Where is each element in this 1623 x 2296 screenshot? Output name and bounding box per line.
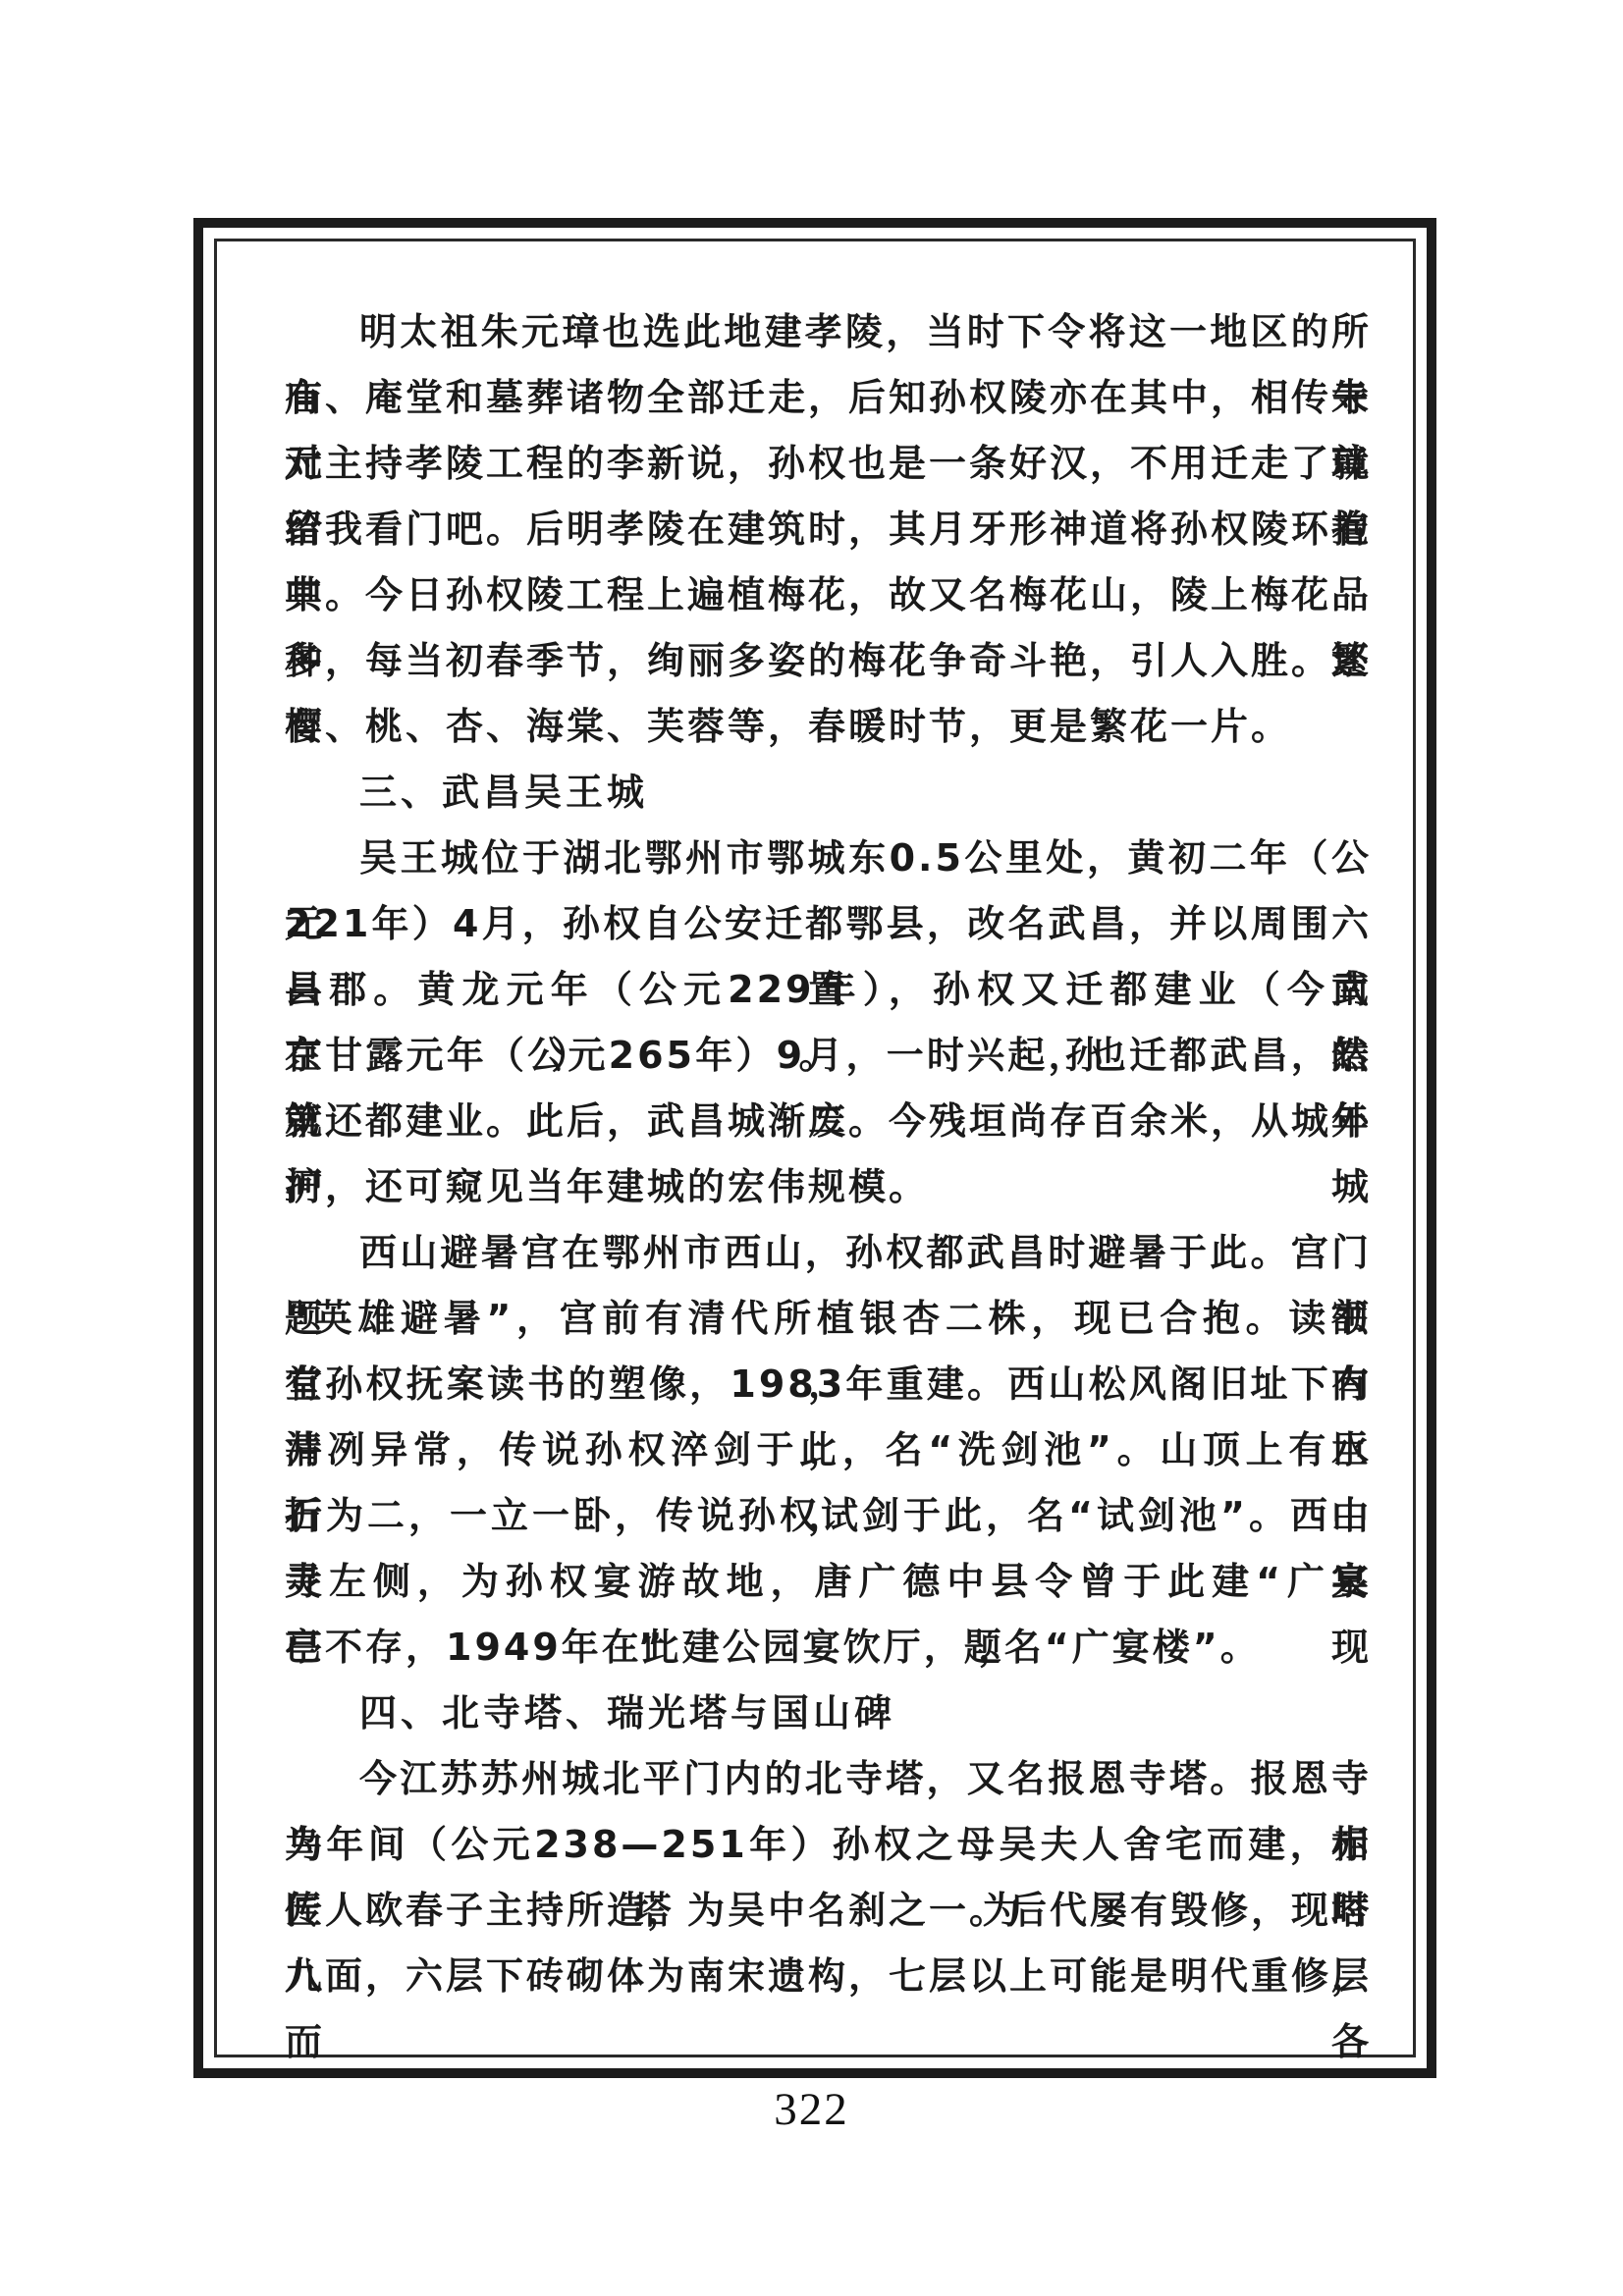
page-border-inner: 明太祖朱元璋也选此地建孝陵，当时下令将这一地区的所有寺庙、庵堂和墓葬诸物全部迁走… bbox=[214, 239, 1416, 2057]
section-heading: 三、武昌吴王城 bbox=[285, 760, 1372, 826]
text-line: 乌年间（公元238—251年）孙权之母吴夫人舍宅而建，相传塔为时 bbox=[285, 1812, 1372, 1878]
text-line: 寺左侧，为孙权宴游故地，唐广德中县令曾于此建“广宴亭”，现 bbox=[285, 1549, 1372, 1615]
text-line: 在甘露元年（公元265年）9月，一时兴起，也迁都武昌，然第二年 bbox=[285, 1023, 1372, 1089]
scanned-book-page: 明太祖朱元璋也选此地建孝陵，当时下令将这一地区的所有寺庙、庵堂和墓葬诸物全部迁走… bbox=[0, 0, 1623, 2296]
text-line: 明太祖朱元璋也选此地建孝陵，当时下令将这一地区的所有寺 bbox=[285, 299, 1372, 365]
text-line: 折为二，一立一卧，传说孙权试剑于此，名“试剑池”。西山灵泉 bbox=[285, 1483, 1372, 1549]
text-line: 给我看门吧。后明孝陵在建筑时，其月牙形神道将孙权陵环抱其 bbox=[285, 497, 1372, 562]
text-line: 樱、桃、杏、海棠、芙蓉等，春暖时节，更是繁花一片。 bbox=[285, 694, 1372, 760]
text-line: 今江苏苏州城北平门内的北寺塔，又名报恩寺塔。报恩寺为赤 bbox=[285, 1746, 1372, 1812]
text-line: 清冽异常，传说孙权淬剑于此，名“洗剑池”。山顶上有巨石，中 bbox=[285, 1417, 1372, 1483]
text-line: 多，每当初春季节，绚丽多姿的梅花争奇斗艳，引人入胜。还有 bbox=[285, 628, 1372, 694]
text-line: 对主持孝陵工程的李新说，孙权也是一条好汉，不用迁走了就留着 bbox=[285, 431, 1372, 497]
page-number: 322 bbox=[0, 2083, 1623, 2136]
text-line: 已不存，1949年在此建公园宴饮厅，题名“广宴楼”。 bbox=[285, 1615, 1372, 1681]
text-line: 221年）4月，孙权自公安迁都鄂县，改名武昌，并以周围六县置武 bbox=[285, 891, 1372, 957]
text-line: 中。今日孙权陵工程上遍植梅花，故又名梅花山，陵上梅花品种繁 bbox=[285, 562, 1372, 628]
text-line: 就还都建业。此后，武昌城渐废。今残垣尚存百余米，从城外护城 bbox=[285, 1089, 1372, 1154]
section-heading: 四、北寺塔、瑞光塔与国山碑 bbox=[285, 1681, 1372, 1746]
text-line: 庙、庵堂和墓葬诸物全部迁走，后知孙权陵亦在其中，相传朱元璋 bbox=[285, 365, 1372, 431]
text-line: 有孙权抚案读书的塑像，1983年重建。西山松风阁旧址下有井，水 bbox=[285, 1352, 1372, 1417]
page-border-outer: 明太祖朱元璋也选此地建孝陵，当时下令将这一地区的所有寺庙、庵堂和墓葬诸物全部迁走… bbox=[193, 218, 1436, 2078]
text-line: 八面，六层下砖砌体为南宋遗构，七层以上可能是明代重修，而各 bbox=[285, 1944, 1372, 2009]
text-line: “英雄避暑”，宫前有清代所植银杏二株，现已合抱。读书堂，内 bbox=[285, 1286, 1372, 1352]
text-line: 西山避暑宫在鄂州市西山，孙权都武昌时避暑于此。宫门题额 bbox=[285, 1220, 1372, 1286]
text-line: 吴王城位于湖北鄂州市鄂城东0.5公里处，黄初二年（公元 bbox=[285, 826, 1372, 891]
text-content: 明太祖朱元璋也选此地建孝陵，当时下令将这一地区的所有寺庙、庵堂和墓葬诸物全部迁走… bbox=[217, 241, 1413, 2055]
text-line: 匠人欧春子主持所造，为吴中名刹之一。后代屡有毁修，现塔九层 bbox=[285, 1878, 1372, 1944]
text-line: 昌郡。黄龙元年（公元229年），孙权又迁都建业（今南京）。孙皓 bbox=[285, 957, 1372, 1023]
